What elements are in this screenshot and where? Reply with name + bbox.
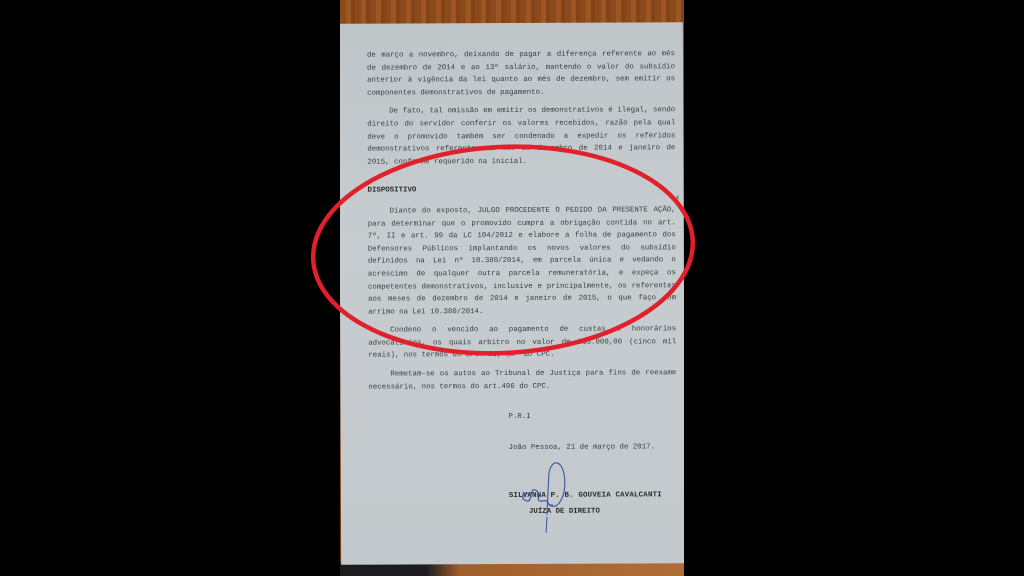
handwritten-signature-icon	[509, 455, 579, 535]
pri-notice: P.R.I	[509, 411, 677, 424]
paragraph-omission-context: de março a novembro, deixando de pagar a…	[367, 48, 675, 100]
paragraph-illegality: De fato, tal omissão em emitir os demons…	[367, 105, 675, 169]
paper-page: de março a novembro, deixando de pagar a…	[340, 22, 684, 564]
paragraph-ruling: Diante do exposto, JULGO PROCEDENTE O PE…	[368, 204, 676, 319]
document-photo: de março a novembro, deixando de pagar a…	[340, 0, 684, 576]
paragraph-remittance: Remetam-se os autos ao Tribunal de Justi…	[368, 367, 676, 394]
pen-mark: ‹	[676, 192, 680, 203]
section-heading-dispositivo: DISPOSITIVO	[368, 184, 676, 198]
date-line: João Pessoa, 21 de março de 2017.	[509, 441, 677, 454]
paragraph-costs: Condeno o vencido ao pagamento de custas…	[368, 324, 676, 363]
document-body: de março a novembro, deixando de pagar a…	[367, 48, 677, 519]
